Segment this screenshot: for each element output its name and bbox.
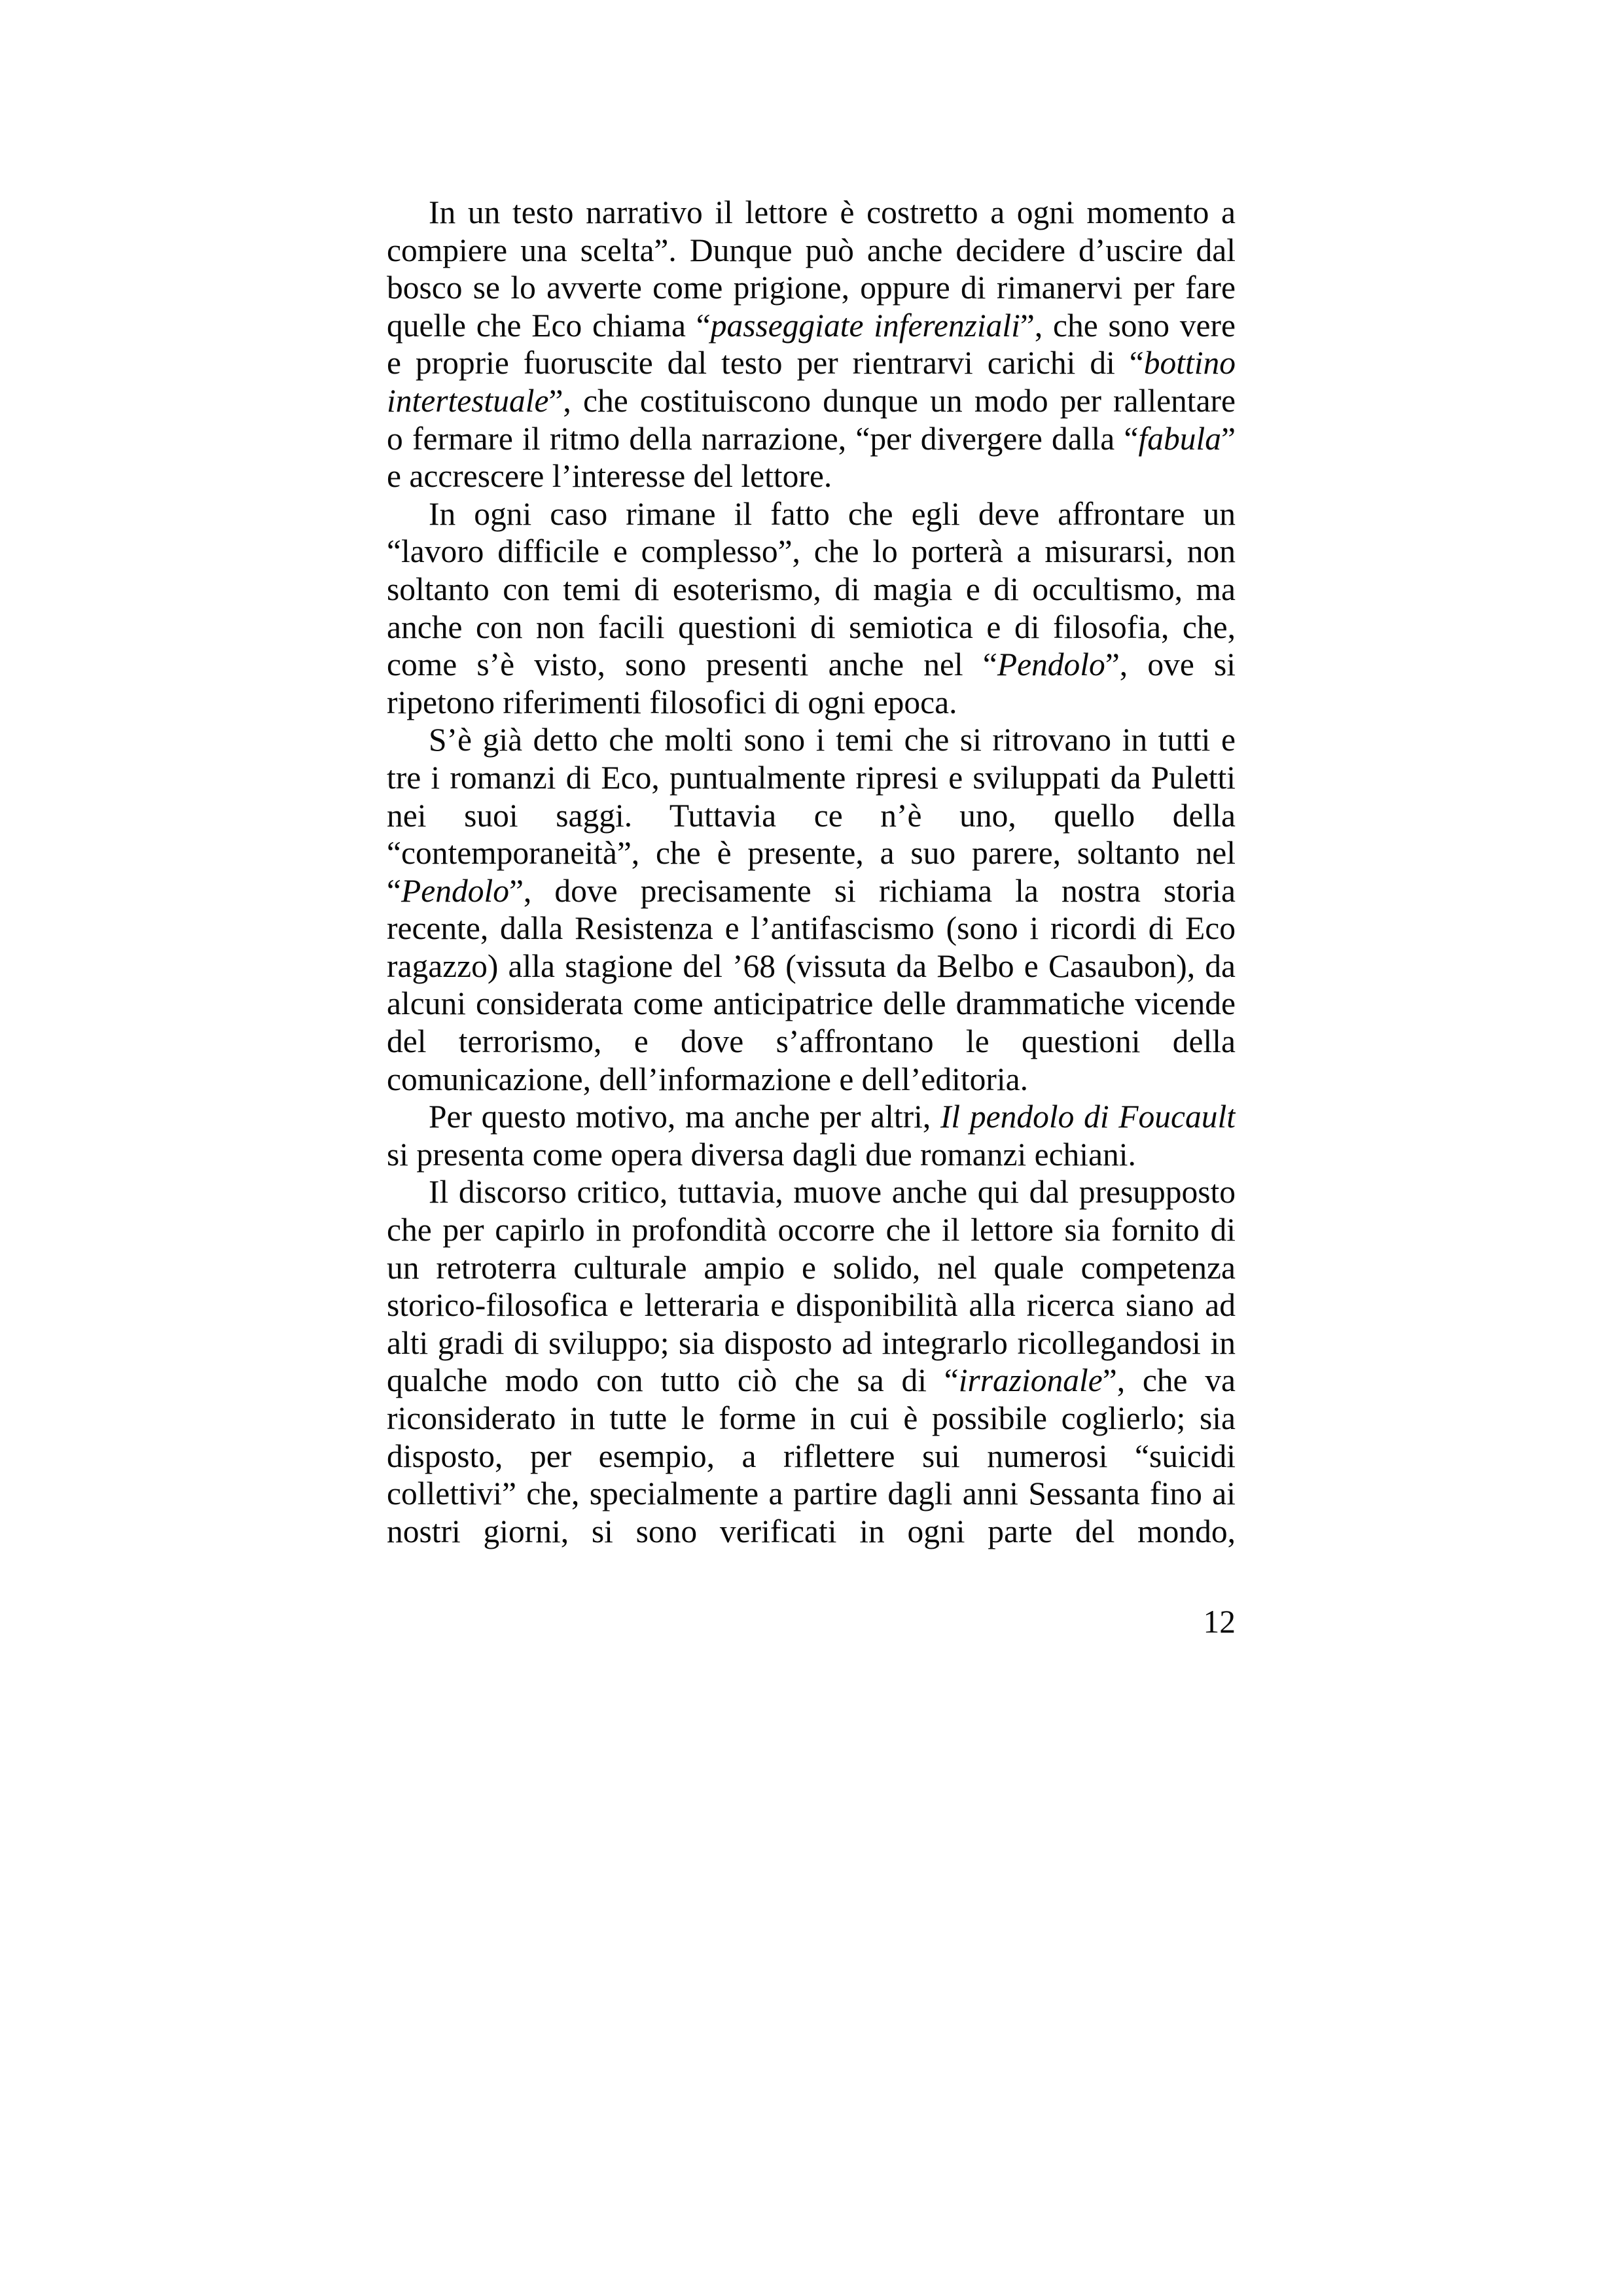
text-run: alti gradi di sviluppo; sia disposto ad … — [387, 1325, 1236, 1361]
text-line: ripetono riferimenti filosofici di ogni … — [387, 684, 1236, 722]
text-line: ragazzo) alla stagione del ’68 (vissuta … — [387, 947, 1236, 985]
text-run: ”, dove precisamente si richiama la nost… — [509, 873, 1236, 909]
text-line: qualche modo con tutto ciò che sa di “ir… — [387, 1362, 1236, 1400]
text-run: quelle che Eco chiama “ — [387, 308, 711, 344]
text-run: “contemporaneità”, che è presente, a suo… — [387, 835, 1236, 871]
text-run: o fermare il ritmo della narrazione, “pe… — [387, 421, 1139, 457]
text-line: In ogni caso rimane il fatto che egli de… — [387, 495, 1236, 533]
body-text: In un testo narrativo il lettore è costr… — [387, 194, 1236, 1550]
text-run: ”, che sono vere — [1020, 308, 1236, 344]
text-line: o fermare il ritmo della narrazione, “pe… — [387, 420, 1236, 458]
text-run: recente, dalla Resistenza e l’antifascis… — [387, 910, 1236, 946]
text-run: comunicazione, dell’informazione e dell’… — [387, 1061, 1028, 1097]
text-line: alcuni considerata come anticipatrice de… — [387, 985, 1236, 1023]
italic-text-run: passeggiate inferenziali — [711, 308, 1020, 344]
paragraph: In ogni caso rimane il fatto che egli de… — [387, 495, 1236, 722]
italic-text-run: Il pendolo di Foucault — [940, 1099, 1236, 1135]
page: In un testo narrativo il lettore è costr… — [0, 0, 1623, 2296]
text-run: S’è già detto che molti sono i temi che … — [429, 722, 1236, 758]
text-run: si presenta come opera diversa dagli due… — [387, 1137, 1136, 1173]
text-run: tre i romanzi di Eco, puntualmente ripre… — [387, 760, 1236, 796]
text-run: riconsiderato in tutte le forme in cui è… — [387, 1400, 1236, 1436]
text-line: disposto, per esempio, a riflettere sui … — [387, 1438, 1236, 1475]
text-line: e proprie fuoruscite dal testo per rient… — [387, 344, 1236, 382]
text-run: In un testo narrativo il lettore è costr… — [429, 194, 1236, 230]
text-line: nostri giorni, si sono verificati in ogn… — [387, 1513, 1236, 1551]
text-run: come s’è visto, sono presenti anche nel … — [387, 646, 997, 682]
text-line: alti gradi di sviluppo; sia disposto ad … — [387, 1324, 1236, 1362]
text-run: alcuni considerata come anticipatrice de… — [387, 985, 1236, 1021]
text-run: Il discorso critico, tuttavia, muove anc… — [429, 1174, 1236, 1210]
text-line: del terrorismo, e dove s’affrontano le q… — [387, 1023, 1236, 1061]
text-run: nostri giorni, si sono verificati in ogn… — [387, 1513, 1236, 1549]
text-run: ” — [1221, 421, 1236, 457]
text-line: “Pendolo”, dove precisamente si richiama… — [387, 872, 1236, 910]
text-line: soltanto con temi di esoterismo, di magi… — [387, 571, 1236, 609]
text-run: anche con non facili questioni di semiot… — [387, 609, 1236, 645]
text-run: ragazzo) alla stagione del ’68 (vissuta … — [387, 948, 1236, 984]
text-run: “lavoro difficile e complesso”, che lo p… — [387, 533, 1236, 569]
text-line: riconsiderato in tutte le forme in cui è… — [387, 1400, 1236, 1438]
italic-text-run: irrazionale — [959, 1362, 1103, 1398]
italic-text-run: intertestuale — [387, 383, 548, 419]
text-line: un retroterra culturale ampio e solido, … — [387, 1249, 1236, 1287]
paragraph: In un testo narrativo il lettore è costr… — [387, 194, 1236, 495]
text-line: nei suoi saggi. Tuttavia ce n’è uno, que… — [387, 797, 1236, 835]
text-run: disposto, per esempio, a riflettere sui … — [387, 1438, 1236, 1474]
text-run: un retroterra culturale ampio e solido, … — [387, 1250, 1236, 1286]
text-run: e proprie fuoruscite dal testo per rient… — [387, 345, 1144, 381]
text-run: collettivi” che, specialmente a partire … — [387, 1475, 1236, 1511]
text-line: Il discorso critico, tuttavia, muove anc… — [387, 1173, 1236, 1211]
italic-text-run: Pendolo — [401, 873, 509, 909]
text-run: bosco se lo avverte come prigione, oppur… — [387, 270, 1236, 306]
text-run: del terrorismo, e dove s’affrontano le q… — [387, 1023, 1236, 1059]
italic-text-run: Pendolo — [997, 646, 1105, 682]
paragraph: Il discorso critico, tuttavia, muove anc… — [387, 1173, 1236, 1550]
text-line: recente, dalla Resistenza e l’antifascis… — [387, 910, 1236, 947]
page-number: 12 — [387, 1603, 1236, 1641]
text-run: nei suoi saggi. Tuttavia ce n’è uno, que… — [387, 798, 1236, 834]
text-run: qualche modo con tutto ciò che sa di “ — [387, 1362, 959, 1398]
text-line: come s’è visto, sono presenti anche nel … — [387, 646, 1236, 684]
text-line: si presenta come opera diversa dagli due… — [387, 1136, 1236, 1174]
text-line: storico-filosofica e letteraria e dispon… — [387, 1286, 1236, 1324]
text-line: e accrescere l’interesse del lettore. — [387, 457, 1236, 495]
text-run: storico-filosofica e letteraria e dispon… — [387, 1287, 1236, 1323]
italic-text-run: fabula — [1139, 421, 1222, 457]
paragraph: S’è già detto che molti sono i temi che … — [387, 721, 1236, 1098]
text-line: compiere una scelta”. Dunque può anche d… — [387, 232, 1236, 270]
italic-text-run: bottino — [1144, 345, 1236, 381]
text-line: anche con non facili questioni di semiot… — [387, 609, 1236, 646]
text-run: In ogni caso rimane il fatto che egli de… — [429, 496, 1236, 532]
paragraph: Per questo motivo, ma anche per altri, I… — [387, 1098, 1236, 1173]
text-run: ”, che va — [1103, 1362, 1236, 1398]
text-line: Per questo motivo, ma anche per altri, I… — [387, 1098, 1236, 1136]
text-run: che per capirlo in profondità occorre ch… — [387, 1212, 1236, 1248]
text-run: soltanto con temi di esoterismo, di magi… — [387, 571, 1236, 607]
text-line: comunicazione, dell’informazione e dell’… — [387, 1061, 1236, 1099]
text-line: S’è già detto che molti sono i temi che … — [387, 721, 1236, 759]
text-line: quelle che Eco chiama “passeggiate infer… — [387, 307, 1236, 345]
text-line: che per capirlo in profondità occorre ch… — [387, 1211, 1236, 1249]
text-run: ”, che costituiscono dunque un modo per … — [548, 383, 1236, 419]
text-line: intertestuale”, che costituiscono dunque… — [387, 382, 1236, 420]
text-run: Per questo motivo, ma anche per altri, — [429, 1099, 940, 1135]
text-run: ”, ove si — [1105, 646, 1236, 682]
text-line: In un testo narrativo il lettore è costr… — [387, 194, 1236, 232]
text-line: “lavoro difficile e complesso”, che lo p… — [387, 533, 1236, 571]
text-line: “contemporaneità”, che è presente, a suo… — [387, 834, 1236, 872]
text-line: bosco se lo avverte come prigione, oppur… — [387, 269, 1236, 307]
text-line: collettivi” che, specialmente a partire … — [387, 1475, 1236, 1513]
text-run: ripetono riferimenti filosofici di ogni … — [387, 684, 957, 720]
text-line: tre i romanzi di Eco, puntualmente ripre… — [387, 759, 1236, 797]
text-run: compiere una scelta”. Dunque può anche d… — [387, 232, 1236, 268]
text-run: “ — [387, 873, 401, 909]
text-run: e accrescere l’interesse del lettore. — [387, 458, 832, 494]
